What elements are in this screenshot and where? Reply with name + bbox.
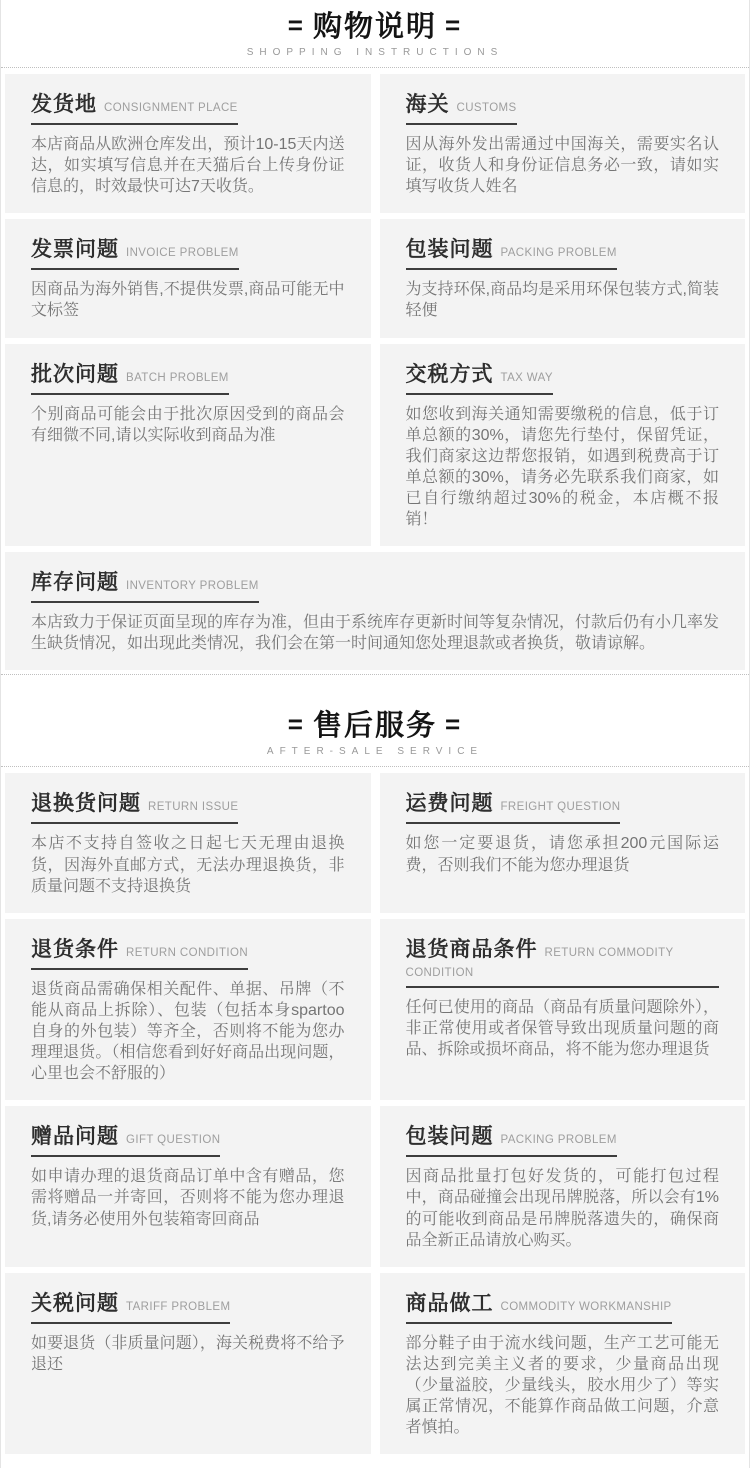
card-title: 包装问题 <box>406 238 494 261</box>
section-title: =购物说明= <box>1 8 749 44</box>
card-subtitle: PACKING PROBLEM <box>501 247 617 259</box>
card-body: 本店致力于保证页面呈现的库存为准，但由于系统库存更新时间等复杂情况，付款后仍有小… <box>31 612 719 654</box>
section-header-after-sale: =售后服务= AFTER-SALE SERVICE <box>1 675 749 767</box>
card-invoice-problem: 发票问题INVOICE PROBLEM 因商品为海外销售,不提供发票,商品可能无… <box>5 219 371 337</box>
section-title-text: 售后服务 <box>313 710 437 742</box>
card-title: 批次问题 <box>31 363 119 386</box>
card-body: 如您收到海关通知需要缴税的信息，低于订单总额的30%，请您先行垫付，保留凭证，我… <box>406 404 720 531</box>
section-title-text: 购物说明 <box>313 11 437 43</box>
card-return-condition: 退货条件RETURN CONDITION 退货商品需确保相关配件、单据、吊牌（不… <box>5 919 371 1101</box>
card-consignment-place: 发货地CONSIGNMENT PLACE 本店商品从欧洲仓库发出，预计10-15… <box>5 74 371 213</box>
card-packing-problem-1: 包装问题PACKING PROBLEM 为支持环保,商品均是采用环保包装方式,简… <box>380 219 746 337</box>
card-subtitle: INVOICE PROBLEM <box>126 247 239 259</box>
card-head: 退换货问题RETURN ISSUE <box>31 787 238 824</box>
card-subtitle: CONSIGNMENT PLACE <box>104 102 238 114</box>
card-subtitle: RETURN CONDITION <box>126 947 248 959</box>
card-subtitle: FREIGHT QUESTION <box>501 801 621 813</box>
section-subtitle: SHOPPING INSTRUCTIONS <box>1 47 749 58</box>
card-gift-question: 赠品问题GIFT QUESTION 如申请办理的退货商品订单中含有赠品，您需将赠… <box>5 1106 371 1266</box>
card-subtitle: TAX WAY <box>501 372 553 384</box>
card-subtitle: PACKING PROBLEM <box>501 1134 617 1146</box>
card-head: 退货条件RETURN CONDITION <box>31 933 248 970</box>
after-sale-cards-grid: 退换货问题RETURN ISSUE 本店不支持自签收之日起七天无理由退换货，因海… <box>1 767 749 1468</box>
card-tax-way: 交税方式TAX WAY 如您收到海关通知需要缴税的信息，低于订单总额的30%，请… <box>380 344 746 547</box>
card-subtitle: INVENTORY PROBLEM <box>126 580 259 592</box>
card-title: 发票问题 <box>31 238 119 261</box>
card-title: 库存问题 <box>31 571 119 594</box>
card-title: 赠品问题 <box>31 1125 119 1148</box>
card-head: 交税方式TAX WAY <box>406 358 553 395</box>
card-subtitle: CUSTOMS <box>457 102 517 114</box>
card-body: 因商品为海外销售,不提供发票,商品可能无中文标签 <box>31 279 345 321</box>
card-body: 本店商品从欧洲仓库发出，预计10-15天内送达，如实填写信息并在天猫后台上传身份… <box>31 134 345 197</box>
shopping-cards-grid: 发货地CONSIGNMENT PLACE 本店商品从欧洲仓库发出，预计10-15… <box>1 68 749 675</box>
card-head: 海关CUSTOMS <box>406 88 517 125</box>
card-body: 退货商品需确保相关配件、单据、吊牌（不能从商品上拆除）、包装（包括本身spart… <box>31 979 345 1085</box>
card-head: 赠品问题GIFT QUESTION <box>31 1120 220 1157</box>
title-decor-right: = <box>445 709 462 739</box>
card-title: 交税方式 <box>406 363 494 386</box>
card-title: 关税问题 <box>31 1292 119 1315</box>
card-head: 发货地CONSIGNMENT PLACE <box>31 88 238 125</box>
section-subtitle: AFTER-SALE SERVICE <box>1 746 749 757</box>
card-subtitle: COMMODITY WORKMANSHIP <box>501 1301 672 1313</box>
card-body: 个别商品可能会由于批次原因受到的商品会有细微不同,请以实际收到商品为准 <box>31 404 345 446</box>
card-body: 如要退货（非质量问题），海关税费将不给予退还 <box>31 1333 345 1375</box>
section-title: =售后服务= <box>1 707 749 743</box>
card-head: 商品做工COMMODITY WORKMANSHIP <box>406 1287 672 1324</box>
card-commodity-workmanship: 商品做工COMMODITY WORKMANSHIP 部分鞋子由于流水线问题，生产… <box>380 1273 746 1455</box>
card-body: 本店不支持自签收之日起七天无理由退换货，因海外直邮方式，无法办理退换货，非质量问… <box>31 833 345 896</box>
title-decor-right: = <box>445 10 462 40</box>
card-body: 部分鞋子由于流水线问题，生产工艺可能无法达到完美主义者的要求，少量商品出现（少量… <box>406 1333 720 1439</box>
card-subtitle: GIFT QUESTION <box>126 1134 220 1146</box>
card-title: 退换货问题 <box>31 792 141 815</box>
card-tariff-problem: 关税问题TARIFF PROBLEM 如要退货（非质量问题），海关税费将不给予退… <box>5 1273 371 1455</box>
card-subtitle: TARIFF PROBLEM <box>126 1301 230 1313</box>
card-head: 发票问题INVOICE PROBLEM <box>31 233 239 270</box>
card-title: 退货条件 <box>31 938 119 961</box>
card-head: 批次问题BATCH PROBLEM <box>31 358 229 395</box>
card-customs: 海关CUSTOMS 因从海外发出需通过中国海关，需要实名认证，收货人和身份证信息… <box>380 74 746 213</box>
title-decor-left: = <box>288 709 305 739</box>
card-packing-problem-2: 包装问题PACKING PROBLEM 因商品批量打包好发货的，可能打包过程中，… <box>380 1106 746 1266</box>
card-freight-question: 运费问题FREIGHT QUESTION 如您一定要退货，请您承担200元国际运… <box>380 773 746 912</box>
card-head: 包装问题PACKING PROBLEM <box>406 1120 617 1157</box>
card-batch-problem: 批次问题BATCH PROBLEM 个别商品可能会由于批次原因受到的商品会有细微… <box>5 344 371 547</box>
card-body: 任何已使用的商品（商品有质量问题除外），非正常使用或者保管导致出现质量问题的商品… <box>406 997 720 1060</box>
card-body: 如您一定要退货，请您承担200元国际运费，否则我们不能为您办理退货 <box>406 833 720 875</box>
card-head: 运费问题FREIGHT QUESTION <box>406 787 621 824</box>
card-title: 退货商品条件 <box>406 938 538 961</box>
card-body: 如申请办理的退货商品订单中含有赠品，您需将赠品一并寄回，否则将不能为您办理退货,… <box>31 1166 345 1229</box>
card-head: 库存问题INVENTORY PROBLEM <box>31 566 259 603</box>
section-header-shopping: =购物说明= SHOPPING INSTRUCTIONS <box>1 0 749 68</box>
shopping-instructions-page: =购物说明= SHOPPING INSTRUCTIONS 发货地CONSIGNM… <box>0 0 750 1468</box>
card-head: 退货商品条件RETURN COMMODITY CONDITION <box>406 933 720 988</box>
card-head: 包装问题PACKING PROBLEM <box>406 233 617 270</box>
card-head: 关税问题TARIFF PROBLEM <box>31 1287 230 1324</box>
card-title: 发货地 <box>31 93 97 116</box>
card-body: 为支持环保,商品均是采用环保包装方式,简装轻便 <box>406 279 720 321</box>
card-title: 包装问题 <box>406 1125 494 1148</box>
card-body: 因商品批量打包好发货的，可能打包过程中，商品碰撞会出现吊牌脱落，所以会有1%的可… <box>406 1166 720 1250</box>
card-title: 商品做工 <box>406 1292 494 1315</box>
title-decor-left: = <box>288 10 305 40</box>
card-return-commodity-condition: 退货商品条件RETURN COMMODITY CONDITION 任何已使用的商… <box>380 919 746 1101</box>
card-return-issue: 退换货问题RETURN ISSUE 本店不支持自签收之日起七天无理由退换货，因海… <box>5 773 371 912</box>
card-subtitle: BATCH PROBLEM <box>126 372 229 384</box>
card-inventory-problem: 库存问题INVENTORY PROBLEM 本店致力于保证页面呈现的库存为准，但… <box>5 552 745 670</box>
card-title: 海关 <box>406 93 450 116</box>
card-subtitle: RETURN ISSUE <box>148 801 238 813</box>
card-title: 运费问题 <box>406 792 494 815</box>
card-body: 因从海外发出需通过中国海关，需要实名认证，收货人和身份证信息务必一致，请如实填写… <box>406 134 720 197</box>
